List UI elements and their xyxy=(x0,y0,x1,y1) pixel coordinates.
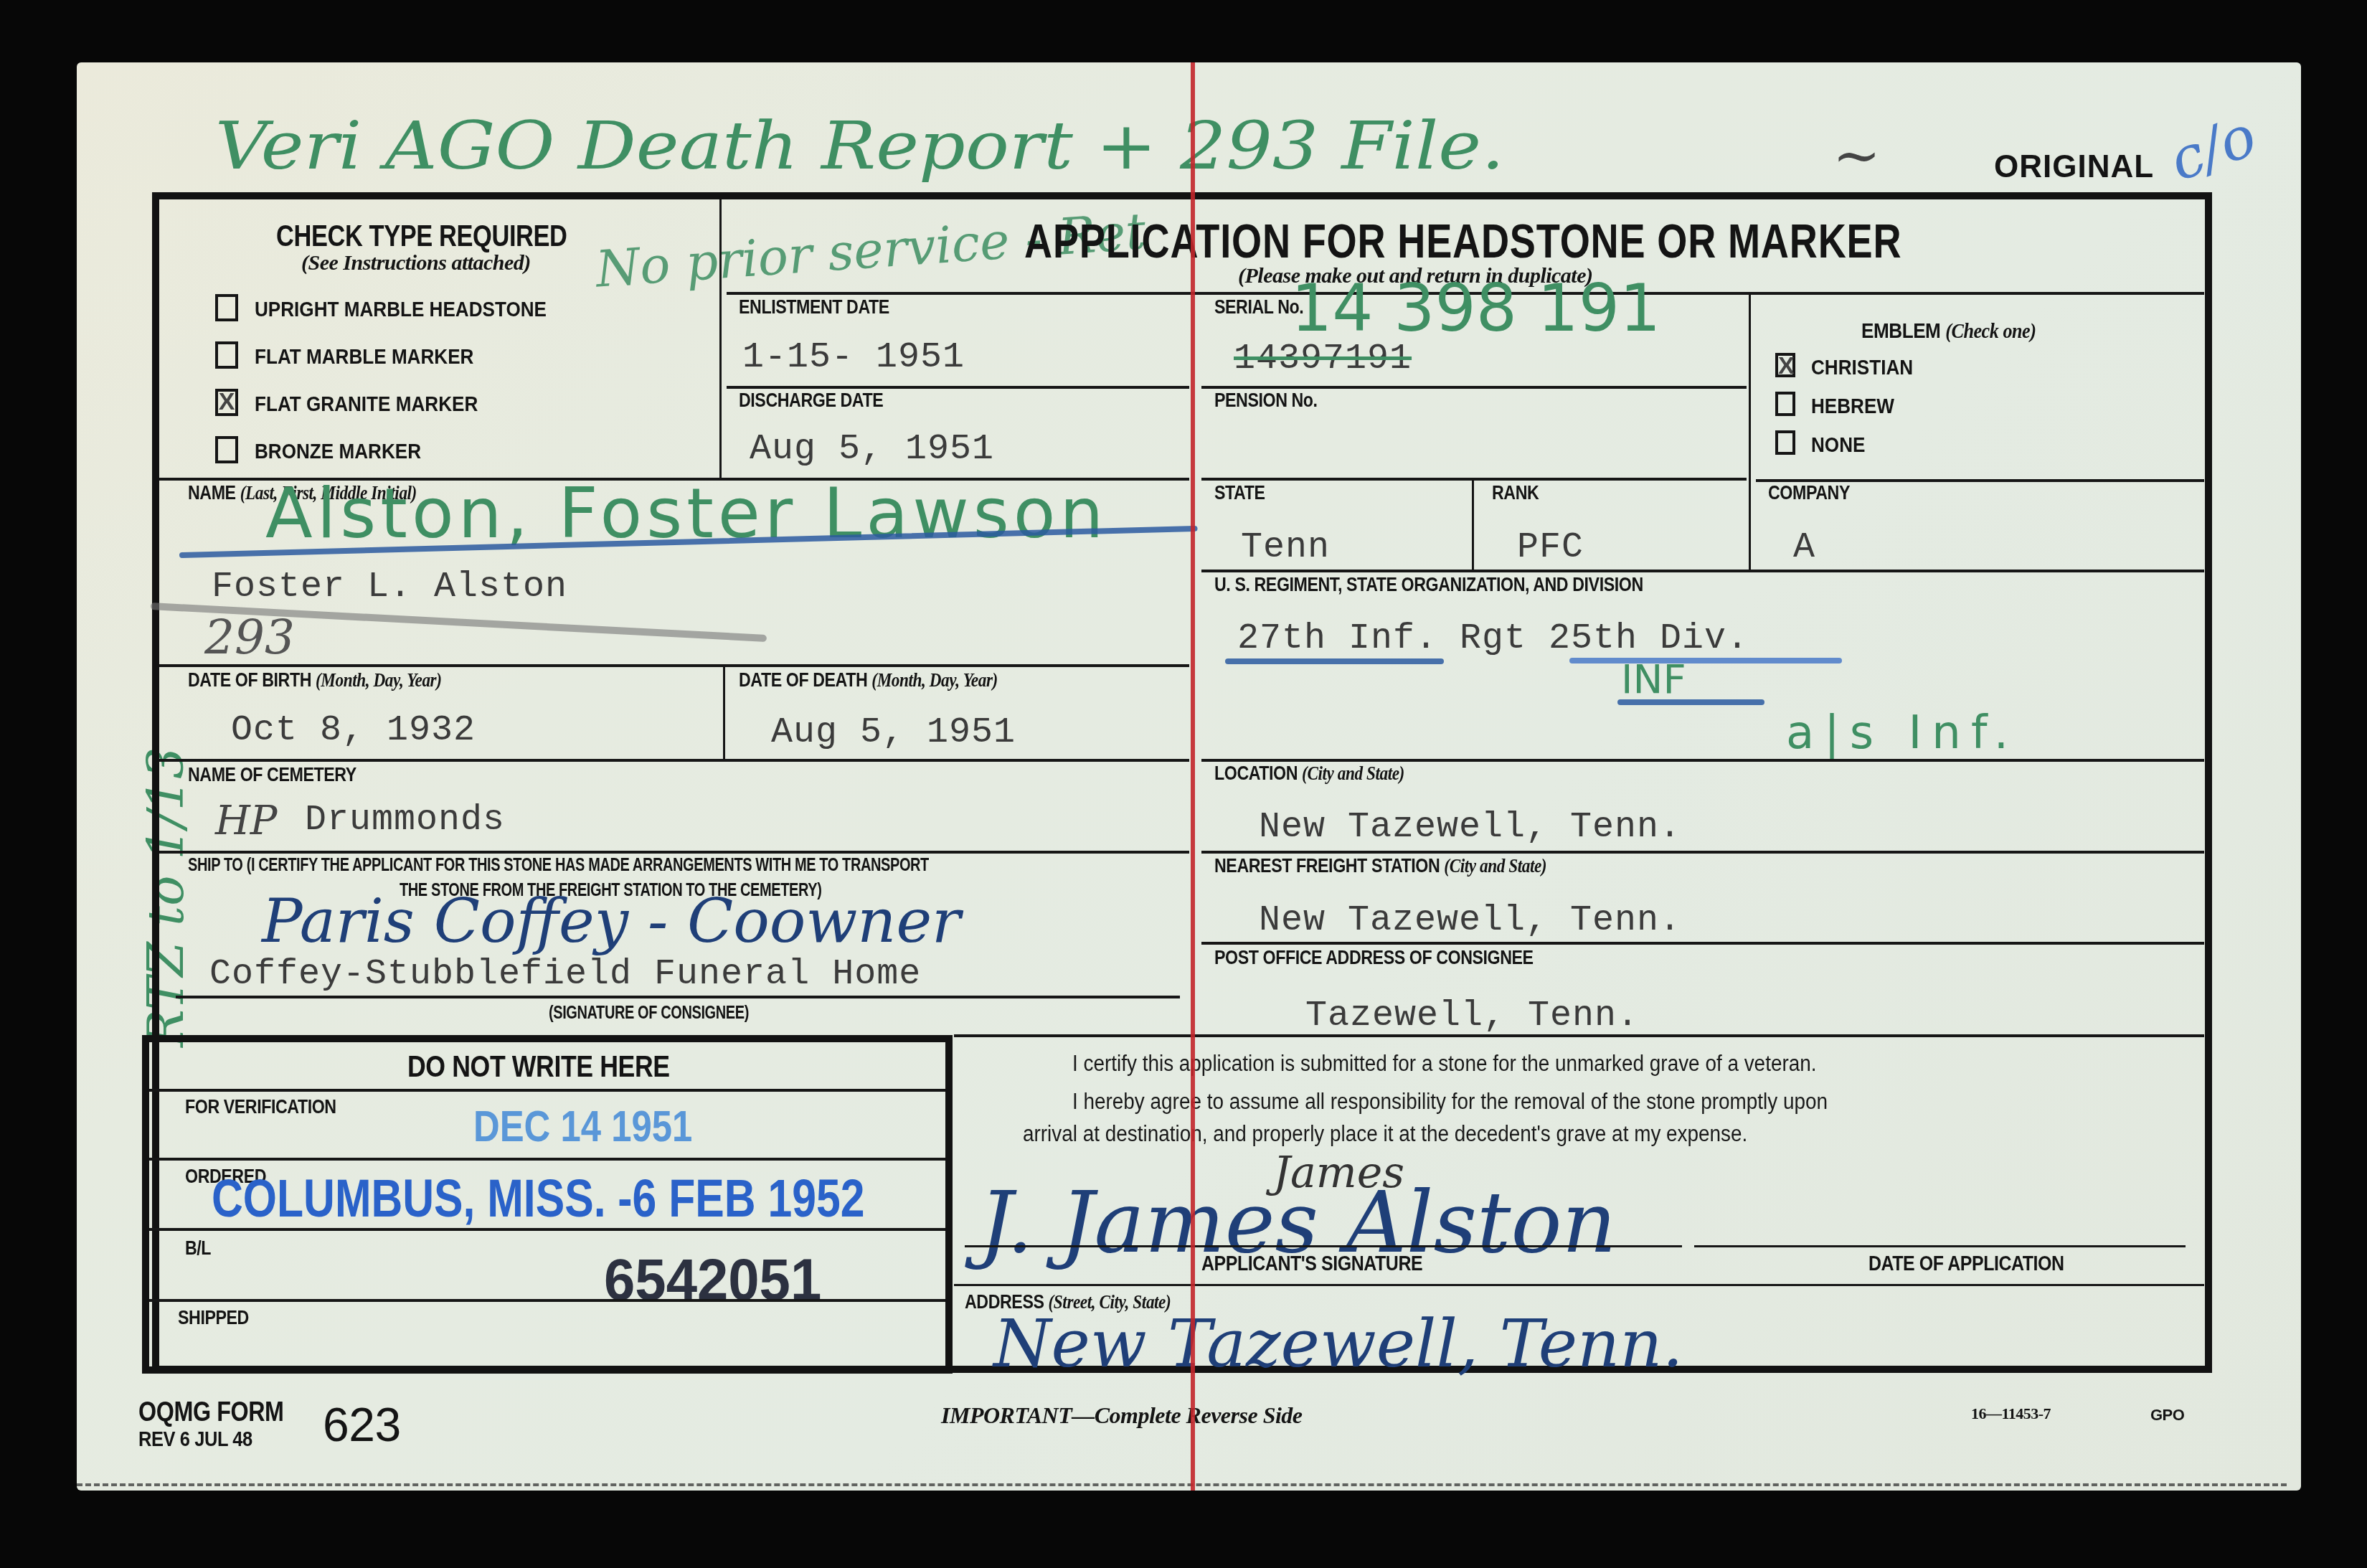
rule-shipped-top xyxy=(149,1299,945,1302)
important-note: IMPORTANT—Complete Reverse Side xyxy=(941,1402,1303,1429)
checkbox-hebrew[interactable] xyxy=(1775,392,1795,416)
checkbox-flat-granite-marker[interactable]: X xyxy=(215,389,238,416)
rule-cemetery-top xyxy=(159,759,1189,762)
perforation-edge xyxy=(77,1483,2287,1486)
form-code-line2: REV 6 JUL 48 xyxy=(138,1427,252,1452)
bl-number: 6542051 xyxy=(604,1247,821,1314)
option-flat-marble-marker: FLAT MARBLE MARKER xyxy=(255,346,473,369)
regiment-underline-3 xyxy=(1617,699,1764,705)
location-label: LOCATION (City and State) xyxy=(1214,762,1404,785)
for-verification-label: FOR VERIFICATION xyxy=(185,1096,336,1118)
discharge-date-label: DISCHARGE DATE xyxy=(739,389,883,412)
rank-label: RANK xyxy=(1492,482,1539,504)
po-address-label: POST OFFICE ADDRESS OF CONSIGNEE xyxy=(1214,947,1534,969)
cemetery-label: NAME OF CEMETERY xyxy=(188,764,356,786)
rule-freight-top xyxy=(1201,851,2204,854)
check-type-subheading: (See Instructions attached) xyxy=(301,251,531,275)
discharge-date-value[interactable]: Aug 5, 1951 xyxy=(750,429,994,470)
rule-consignee-signature xyxy=(176,996,1180,998)
form-number: 623 xyxy=(323,1397,401,1452)
freight-station-label: NEAREST FREIGHT STATION (City and State) xyxy=(1214,855,1546,877)
office-use-heading: DO NOT WRITE HERE xyxy=(407,1049,670,1084)
freight-station-value[interactable]: New Tazewell, Tenn. xyxy=(1259,900,1681,941)
rule-ordered-top xyxy=(149,1158,945,1161)
ordered-stamp: COLUMBUS, MISS. -6 FEB 1952 xyxy=(212,1168,864,1229)
dod-label: DATE OF DEATH (Month, Day, Year) xyxy=(739,669,998,691)
dob-label: DATE OF BIRTH (Month, Day, Year) xyxy=(188,669,441,691)
rule-verification-top xyxy=(149,1089,945,1092)
certify-line-1: I certify this application is submitted … xyxy=(1072,1051,1816,1077)
rule-serial xyxy=(1201,386,1747,389)
form-code-line1: OQMG FORM xyxy=(138,1397,284,1428)
regiment-underline-1 xyxy=(1225,658,1444,664)
regiment-underline-2 xyxy=(1569,658,1842,663)
rule-certify-top xyxy=(954,1034,2204,1037)
ship-to-typed-value[interactable]: Coffey-Stubblefield Funeral Home xyxy=(209,954,921,995)
consignee-signature-caption: (SIGNATURE OF CONSIGNEE) xyxy=(549,1003,749,1024)
checkbox-none[interactable] xyxy=(1775,430,1795,455)
rule-address-top xyxy=(954,1284,2204,1286)
rule-bl-top xyxy=(149,1228,945,1231)
address-handwritten-value: New Tazewell, Tenn. xyxy=(993,1305,1683,1382)
check-type-heading: CHECK TYPE REQUIRED xyxy=(276,219,567,253)
rank-value[interactable]: PFC xyxy=(1517,527,1584,568)
company-label: COMPANY xyxy=(1768,482,1850,504)
rule-shipto-top xyxy=(159,851,1189,854)
po-address-value[interactable]: Tazewell, Tenn. xyxy=(1305,996,1639,1036)
name-typed-value[interactable]: Foster L. Alston xyxy=(212,567,567,608)
option-upright-marble-headstone: UPRIGHT MARBLE HEADSTONE xyxy=(255,298,547,322)
regiment-label: U. S. REGIMENT, STATE ORGANIZATION, AND … xyxy=(1214,574,1643,596)
dob-value[interactable]: Oct 8, 1932 xyxy=(231,710,476,751)
regiment-note-as-inf: a|s Inf. xyxy=(1786,707,2018,760)
emblem-hebrew: HEBREW xyxy=(1811,395,1894,419)
applicant-signature-label: APPLICANT'S SIGNATURE xyxy=(1201,1252,1422,1276)
dod-value[interactable]: Aug 5, 1951 xyxy=(771,712,1016,753)
rule-dob-top xyxy=(159,664,1189,667)
enlistment-date-value[interactable]: 1-15- 1951 xyxy=(742,337,965,378)
rule-enlistment xyxy=(727,386,1189,389)
rule-date-of-application xyxy=(1694,1245,2186,1247)
emblem-heading: EMBLEM (Check one) xyxy=(1861,320,2036,344)
serial-no-correction: 14 398 191 xyxy=(1291,271,1660,346)
rule-applicant-signature xyxy=(965,1245,1682,1247)
checkbox-flat-marble-marker[interactable] xyxy=(215,341,238,369)
serial-no-label: SERIAL No. xyxy=(1214,296,1303,318)
divider-checktype xyxy=(719,199,722,479)
regiment-note-inf: INF xyxy=(1621,656,1686,703)
certify-line-3: arrival at destination, and properly pla… xyxy=(1023,1121,1747,1147)
option-flat-granite-marker: FLAT GRANITE MARKER xyxy=(255,393,478,417)
cemetery-margin-note: HP xyxy=(215,798,278,844)
certify-line-2: I hereby agree to assume all responsibil… xyxy=(1072,1089,1828,1115)
checkbox-christian[interactable]: X xyxy=(1775,353,1795,377)
location-value[interactable]: New Tazewell, Tenn. xyxy=(1259,807,1681,848)
bl-label: B/L xyxy=(185,1237,211,1260)
form-title: APPLICATION FOR HEADSTONE OR MARKER xyxy=(1024,214,1901,268)
rule-state-top xyxy=(1201,478,1747,481)
top-squiggle-mark: ~ xyxy=(1833,122,1881,189)
option-bronze-marker: BRONZE MARKER xyxy=(255,440,421,464)
rule-regiment-top xyxy=(1201,570,2204,572)
original-label: ORIGINAL xyxy=(1994,149,2154,185)
ship-to-label-line1: SHIP TO (I CERTIFY THE APPLICANT FOR THI… xyxy=(188,855,929,876)
emblem-christian: CHRISTIAN xyxy=(1811,356,1913,380)
checkbox-upright-marble-headstone[interactable] xyxy=(215,294,238,321)
red-vertical-rule xyxy=(1191,62,1195,1491)
serial-no-value[interactable]: 14397191 xyxy=(1234,339,1412,379)
shipped-label: SHIPPED xyxy=(178,1307,249,1329)
emblem-none: NONE xyxy=(1811,434,1865,458)
date-of-application-label: DATE OF APPLICATION xyxy=(1868,1252,2064,1276)
company-value[interactable]: A xyxy=(1793,527,1815,568)
ship-to-signature: Paris Coffey - Coowner xyxy=(262,886,960,956)
rule-po-top xyxy=(1201,942,2204,945)
printer-mark: GPO xyxy=(2150,1406,2184,1425)
print-code: 16—11453-7 xyxy=(1971,1404,2051,1423)
divider-emblem xyxy=(1749,294,1751,479)
divider-state-rank xyxy=(1472,479,1474,570)
verification-date-stamp: DEC 14 1951 xyxy=(473,1101,692,1152)
regiment-value[interactable]: 27th Inf. Rgt 25th Div. xyxy=(1237,618,1749,659)
rule-location-top xyxy=(1201,759,2204,762)
name-margin-note: 293 xyxy=(204,610,295,665)
pension-no-label: PENSION No. xyxy=(1214,389,1318,412)
divider-dob-dod xyxy=(723,666,725,760)
state-label: STATE xyxy=(1214,482,1265,504)
enlistment-date-label: ENLISTMENT DATE xyxy=(739,296,889,318)
top-handwritten-note: Veri AGO Death Report + 293 File. xyxy=(215,108,1504,184)
checkbox-bronze-marker[interactable] xyxy=(215,436,238,463)
state-value[interactable]: Tenn xyxy=(1241,527,1330,568)
cemetery-value[interactable]: Drummonds xyxy=(305,800,505,841)
divider-rank-company xyxy=(1749,479,1751,570)
